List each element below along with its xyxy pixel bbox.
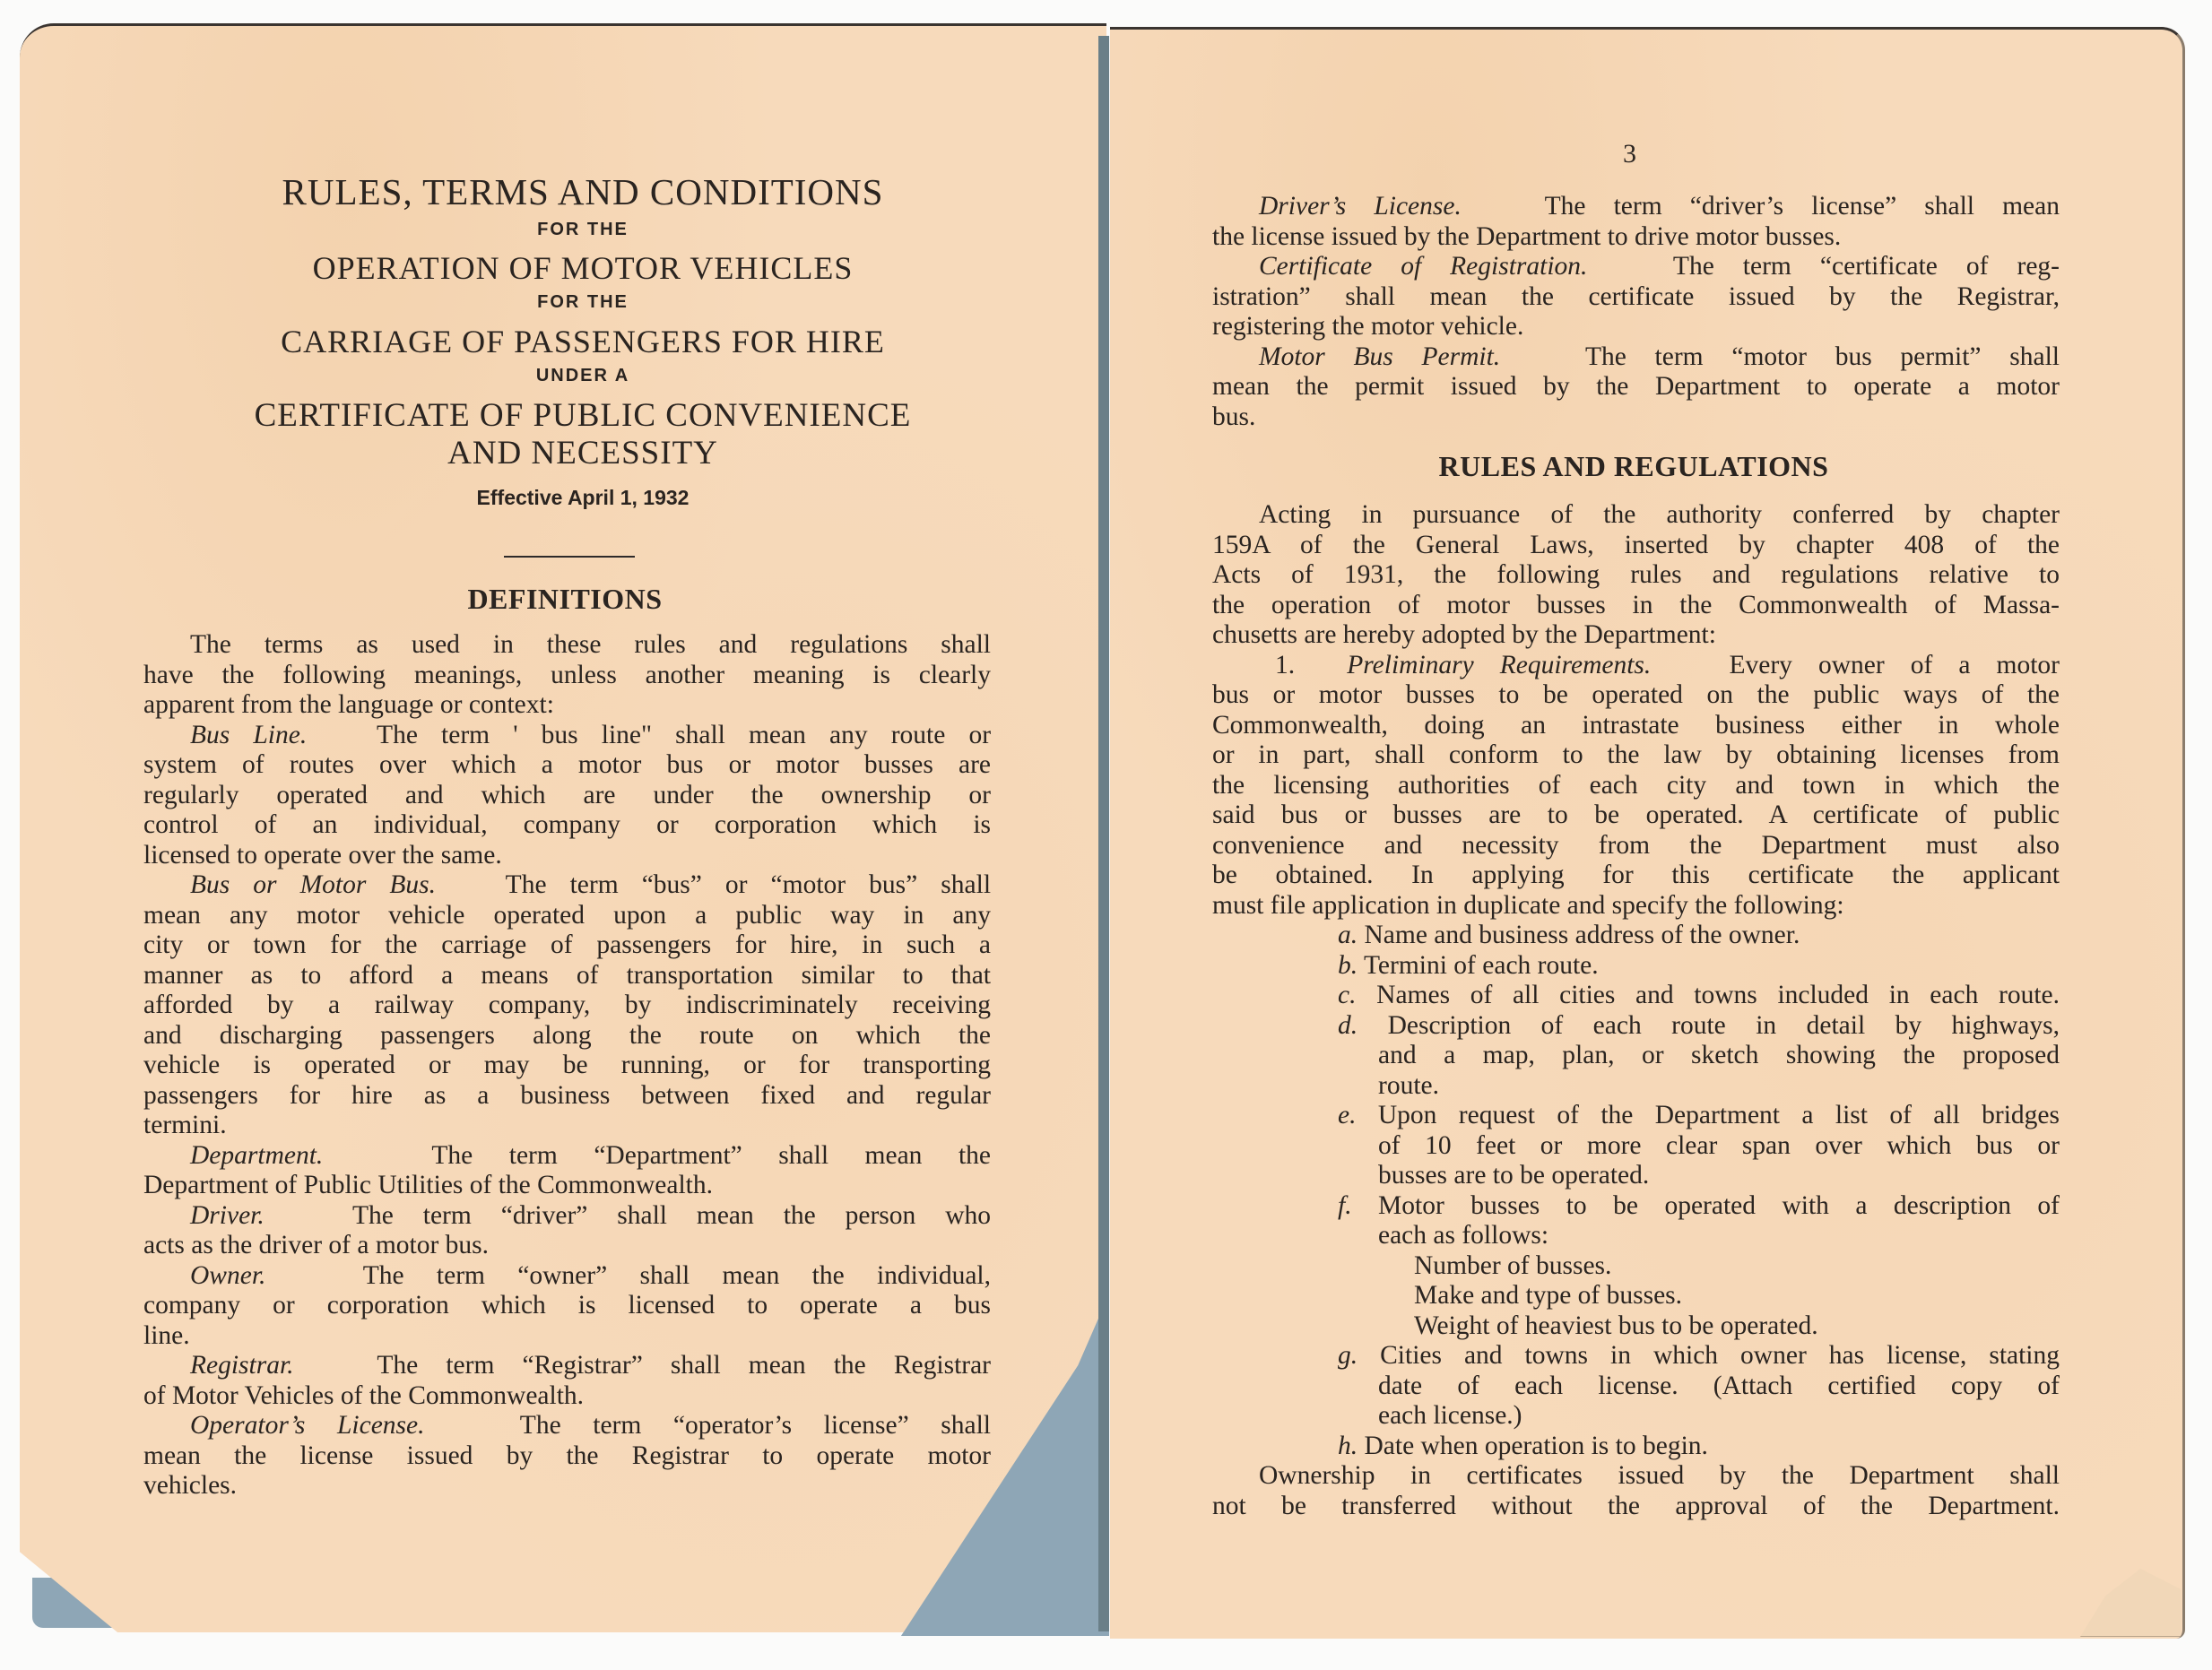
definition-line: istration” shall mean the certificate is… bbox=[1212, 282, 2060, 313]
rules-heading: RULES AND REGULATIONS bbox=[1302, 450, 1965, 483]
definition-line: licensed to operate over the same. bbox=[143, 841, 991, 871]
definitions-heading: DEFINITIONS bbox=[395, 583, 735, 616]
definition-line: of Motor Vehicles of the Commonwealth. bbox=[143, 1381, 991, 1412]
title-line-4: CERTIFICATE OF PUBLIC CONVENIENCE bbox=[215, 396, 950, 435]
title-under-a: UNDER A bbox=[215, 366, 950, 386]
rule-line: Commonwealth, doing an intrastate busine… bbox=[1212, 711, 2060, 741]
requirement-line: date of each license. (Attach certified … bbox=[1212, 1371, 2060, 1402]
definition-driver: Driver. The term “driver” shall mean the… bbox=[143, 1201, 991, 1232]
title-line-2: OPERATION OF MOTOR VEHICLES bbox=[215, 249, 950, 287]
title-line-3: CARRIAGE OF PASSENGERS FOR HIRE bbox=[215, 323, 950, 360]
spine bbox=[1098, 36, 1109, 1631]
requirement-line: route. bbox=[1212, 1071, 2060, 1102]
preamble-line: Acts of 1931, the following rules and re… bbox=[1212, 560, 2060, 591]
requirement-a: a. Name and business address of the owne… bbox=[1212, 921, 2060, 951]
bus-detail: Make and type of busses. bbox=[1212, 1281, 2060, 1311]
requirement-line: each as follows: bbox=[1212, 1221, 2060, 1251]
term: Bus Line. bbox=[190, 721, 307, 749]
bus-detail: Number of busses. bbox=[1212, 1251, 2060, 1282]
requirement-line: of 10 feet or more clear span over which… bbox=[1212, 1131, 2060, 1162]
definition-bus: Bus or Motor Bus. The term “bus” or “mot… bbox=[143, 870, 991, 901]
definition-line: line. bbox=[143, 1321, 991, 1352]
definition-line: bus. bbox=[1212, 402, 2060, 433]
requirement-b: b. Termini of each route. bbox=[1212, 951, 2060, 982]
term: Bus or Motor Bus. bbox=[190, 870, 436, 899]
left-body: The terms as used in these rules and reg… bbox=[143, 630, 991, 1501]
definition-line: control of an individual, company or cor… bbox=[143, 810, 991, 841]
definition-line: vehicle is operated or may be running, o… bbox=[143, 1051, 991, 1081]
rule-line: or in part, shall conform to the law by … bbox=[1212, 740, 2060, 771]
definition-line: mean the license issued by the Registrar… bbox=[143, 1441, 991, 1472]
definition-line: company or corporation which is licensed… bbox=[143, 1291, 991, 1321]
definition-operators-license: Operator’s License. The term “operator’s… bbox=[143, 1411, 991, 1441]
term: Driver’s License. bbox=[1259, 192, 1462, 221]
rule-line: be obtained. In applying for this certif… bbox=[1212, 861, 2060, 891]
rule-line: convenience and necessity from the Depar… bbox=[1212, 831, 2060, 861]
rule-line: bus or motor busses to be operated on th… bbox=[1212, 680, 2060, 711]
title-block: RULES, TERMS AND CONDITIONS FOR THE OPER… bbox=[215, 170, 950, 529]
rule-line: must file application in duplicate and s… bbox=[1212, 891, 2060, 922]
definition-drivers-license: Driver’s License. The term “driver’s lic… bbox=[1212, 192, 2060, 222]
preamble-line: the operation of motor busses in the Com… bbox=[1212, 591, 2060, 621]
definition-line: vehicles. bbox=[143, 1471, 991, 1501]
preamble-line: Acting in pursuance of the authority con… bbox=[1212, 500, 2060, 531]
intro-line: have the following meanings, unless anot… bbox=[143, 661, 991, 691]
definition-line: Department of Public Utilities of the Co… bbox=[143, 1171, 991, 1201]
definition-line: mean the permit issued by the Department… bbox=[1212, 372, 2060, 402]
right-body: Acting in pursuance of the authority con… bbox=[1212, 500, 2060, 1521]
title-for-the-1: FOR THE bbox=[215, 220, 950, 240]
definition-line: passengers for hire as a business betwee… bbox=[143, 1081, 991, 1112]
bus-detail: Weight of heaviest bus to be operated. bbox=[1212, 1311, 2060, 1342]
definition-line: regularly operated and which are under t… bbox=[143, 781, 991, 811]
term: Department. bbox=[190, 1141, 323, 1170]
requirement-c: c. Names of all cities and towns include… bbox=[1212, 981, 2060, 1011]
rule-line: the licensing authorities of each city a… bbox=[1212, 771, 2060, 801]
definition-registrar: Registrar. The term “Registrar” shall me… bbox=[143, 1351, 991, 1381]
term: Driver. bbox=[190, 1201, 265, 1230]
definition-line: registering the motor vehicle. bbox=[1212, 312, 2060, 342]
definition-certificate-of-registration: Certificate of Registration. The term “c… bbox=[1212, 252, 2060, 282]
definition-line: system of routes over which a motor bus … bbox=[143, 750, 991, 781]
title-line-1: RULES, TERMS AND CONDITIONS bbox=[215, 170, 950, 213]
term: Motor Bus Permit. bbox=[1259, 342, 1500, 371]
title-line-5: AND NECESSITY bbox=[215, 434, 950, 472]
term: Owner. bbox=[190, 1261, 265, 1290]
definition-department: Department. The term “Department” shall … bbox=[143, 1141, 991, 1172]
preamble-line: chusetts are hereby adopted by the Depar… bbox=[1212, 620, 2060, 651]
closing-line: not be transferred without the approval … bbox=[1212, 1492, 2060, 1522]
right-definitions: Driver’s License. The term “driver’s lic… bbox=[1212, 192, 2060, 432]
definition-line: and discharging passengers along the rou… bbox=[143, 1021, 991, 1051]
intro-line: The terms as used in these rules and reg… bbox=[143, 630, 991, 661]
definition-line: city or town for the carriage of passeng… bbox=[143, 930, 991, 961]
requirement-line: and a map, plan, or sketch showing the p… bbox=[1212, 1041, 2060, 1071]
rule-title: Preliminary Requirements. bbox=[1347, 651, 1651, 679]
requirement-e: e. Upon request of the Department a list… bbox=[1212, 1101, 2060, 1131]
definition-line: acts as the driver of a motor bus. bbox=[143, 1231, 991, 1261]
requirement-line: each license.) bbox=[1212, 1401, 2060, 1432]
term: Registrar. bbox=[190, 1351, 294, 1380]
requirement-d: d. Description of each route in detail b… bbox=[1212, 1011, 2060, 1042]
requirement-h: h. Date when operation is to begin. bbox=[1212, 1432, 2060, 1462]
definition-line: manner as to afford a means of transport… bbox=[143, 961, 991, 991]
definition-owner: Owner. The term “owner” shall mean the i… bbox=[143, 1261, 991, 1292]
preamble-line: 159A of the General Laws, inserted by ch… bbox=[1212, 531, 2060, 561]
page-number: 3 bbox=[1623, 139, 1636, 169]
requirement-f: f. Motor busses to be operated with a de… bbox=[1212, 1191, 2060, 1222]
definition-motor-bus-permit: Motor Bus Permit. The term “motor bus pe… bbox=[1212, 342, 2060, 373]
definition-line: mean any motor vehicle operated upon a p… bbox=[143, 901, 991, 931]
term: Certificate of Registration. bbox=[1259, 252, 1587, 281]
requirement-line: busses are to be operated. bbox=[1212, 1161, 2060, 1191]
intro-line: apparent from the language or context: bbox=[143, 690, 991, 721]
rule-1-heading: 1. Preliminary Requirements. Every owner… bbox=[1212, 651, 2060, 681]
definition-line: termini. bbox=[143, 1111, 991, 1141]
requirement-g: g. Cities and towns in which owner has l… bbox=[1212, 1341, 2060, 1371]
closing-line: Ownership in certificates issued by the … bbox=[1212, 1461, 2060, 1492]
title-for-the-2: FOR THE bbox=[215, 292, 950, 313]
effective-date: Effective April 1, 1932 bbox=[215, 486, 950, 510]
definition-line: afforded by a railway company, by indisc… bbox=[143, 991, 991, 1021]
divider-rule bbox=[504, 556, 635, 558]
definition-line: the license issued by the Department to … bbox=[1212, 222, 2060, 253]
term: Operator’s License. bbox=[190, 1411, 425, 1440]
definition-bus-line: Bus Line. The term ' bus line" shall mea… bbox=[143, 721, 991, 751]
rule-line: said bus or busses are to be operated. A… bbox=[1212, 800, 2060, 831]
